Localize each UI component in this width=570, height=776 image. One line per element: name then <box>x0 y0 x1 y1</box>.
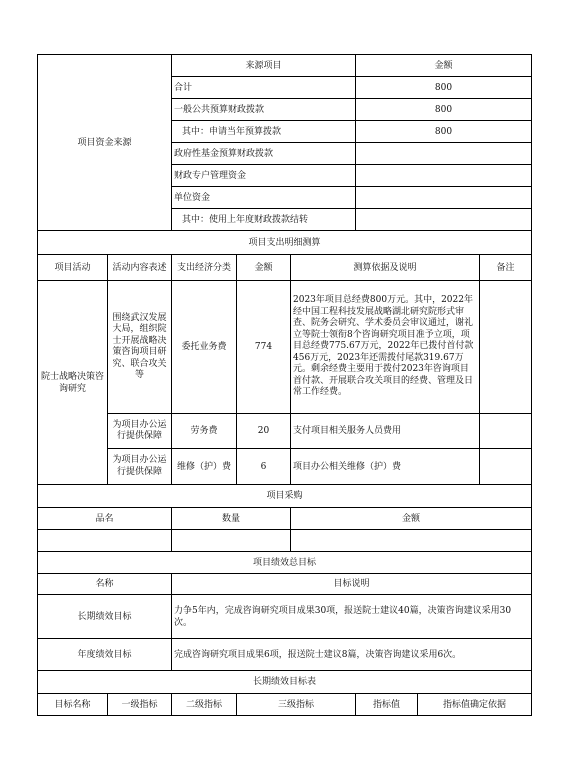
long-term-header-basis: 指标值确定依据 <box>417 693 532 716</box>
funding-row-label: 合计 <box>171 76 356 99</box>
procurement-cell-quantity <box>171 529 291 552</box>
performance-row-desc: 力争5年内，完成咨询研究项目成果30项，报送院士建议40篇，决策咨询建议采用30… <box>171 594 532 639</box>
expenditure-row-basis: 项目办公相关维修（护）费 <box>290 448 480 485</box>
funding-row-label: 其中：使用上年度财政拨款结转 <box>171 208 356 231</box>
expenditure-row-category: 委托业务费 <box>171 280 237 414</box>
procurement-cell-item <box>37 529 172 552</box>
performance-header-name: 名称 <box>37 573 172 595</box>
performance-header-desc: 目标说明 <box>171 573 532 595</box>
funding-row-amount: 800 <box>355 120 532 143</box>
budget-document-page: 项目资金来源 来源项目 金额 合计 800 一般公共预算财政拨款 800 其中：… <box>0 0 570 776</box>
expenditure-row-basis: 支付项目相关服务人员费用 <box>290 413 480 449</box>
long-term-header-level1: 一级指标 <box>107 693 172 716</box>
expenditure-row-note <box>479 413 532 449</box>
funding-row-label: 单位资金 <box>171 186 356 209</box>
expenditure-row-description: 为项目办公运行提供保障 <box>107 413 172 449</box>
expenditure-row-amount: 774 <box>236 280 291 414</box>
procurement-cell-amount <box>290 529 532 552</box>
expenditure-row-description: 为项目办公运行提供保障 <box>107 448 172 485</box>
expenditure-row-amount: 20 <box>236 413 291 449</box>
expenditure-header-category: 支出经济分类 <box>171 254 237 281</box>
funding-row-amount: 800 <box>355 76 532 99</box>
funding-section-label-text: 项目资金来源 <box>77 137 131 149</box>
expenditure-header-description: 活动内容表述 <box>107 254 172 281</box>
expenditure-header-activity: 项目活动 <box>37 254 108 281</box>
expenditure-activity: 院士战略决策咨询研究 <box>37 280 108 485</box>
expenditure-header-amount: 金额 <box>236 254 291 281</box>
performance-row-desc: 完成咨询研究项目成果6项，报送院士建议8篇，决策咨询建议采用6次。 <box>171 638 532 671</box>
performance-title: 项目绩效总目标 <box>37 551 532 574</box>
expenditure-row-amount: 6 <box>236 448 291 485</box>
expenditure-header-note: 备注 <box>479 254 532 281</box>
performance-row-name: 年度绩效目标 <box>37 638 172 671</box>
funding-row-amount <box>355 208 532 231</box>
funding-header-source: 来源项目 <box>171 54 356 77</box>
long-term-header-level3: 三级指标 <box>236 693 356 716</box>
expenditure-row-description: 围绕武汉发展大局，组织院士开展战略决策咨询项目研究、联合攻关等 <box>107 280 172 414</box>
long-term-header-value: 指标值 <box>355 693 418 716</box>
expenditure-row-note <box>479 280 532 414</box>
funding-section-label: 项目资金来源 <box>37 54 172 231</box>
funding-row-amount <box>355 142 532 165</box>
expenditure-row-category: 劳务费 <box>171 413 237 449</box>
procurement-header-quantity: 数量 <box>171 507 291 530</box>
performance-row-name: 长期绩效目标 <box>37 594 172 639</box>
expenditure-row-note <box>479 448 532 485</box>
funding-row-label: 其中：申请当年预算拨款 <box>171 120 356 143</box>
funding-row-label: 政府性基金预算财政拨款 <box>171 142 356 165</box>
funding-row-label: 财政专户管理资金 <box>171 164 356 187</box>
funding-row-amount <box>355 164 532 187</box>
long-term-table-title: 长期绩效目标表 <box>37 670 532 694</box>
expenditure-row-category: 维修（护）费 <box>171 448 237 485</box>
long-term-header-goal-name: 目标名称 <box>37 693 108 716</box>
funding-row-amount <box>355 186 532 209</box>
expenditure-header-basis: 测算依据及说明 <box>290 254 480 281</box>
funding-header-amount: 金额 <box>355 54 532 77</box>
long-term-header-level2: 二级指标 <box>171 693 237 716</box>
funding-row-amount: 800 <box>355 98 532 121</box>
procurement-header-amount: 金额 <box>290 507 532 530</box>
expenditure-row-basis: 2023年项目总经费800万元。其中，2022年经中国工程科技发展战略湖北研究院… <box>290 280 480 414</box>
expenditure-title: 项目支出明细测算 <box>37 230 532 255</box>
procurement-header-item: 品名 <box>37 507 172 530</box>
funding-row-label: 一般公共预算财政拨款 <box>171 98 356 121</box>
procurement-title: 项目采购 <box>37 484 532 508</box>
